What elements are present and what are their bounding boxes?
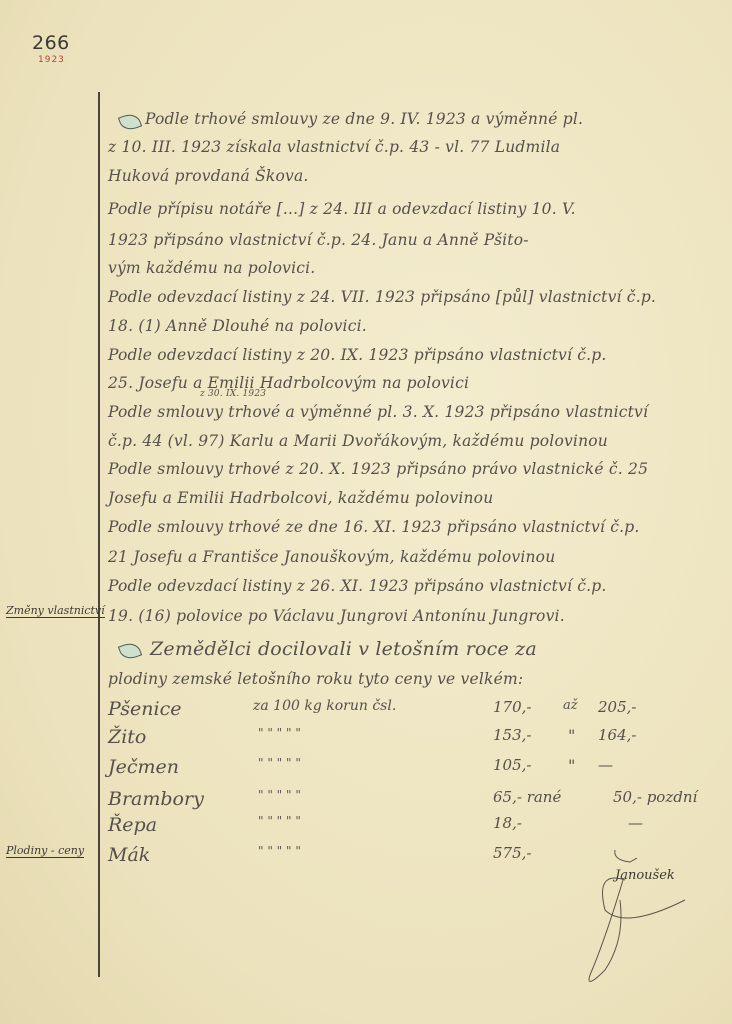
price-from: 105,- (493, 756, 531, 774)
price-from: 153,- (493, 726, 531, 744)
text-line: Podle smlouvy trhové ze dne 16. XI. 1923… (108, 518, 639, 536)
text-line: 19. (16) polovice po Václavu Jungrovi An… (108, 607, 565, 625)
range-separator: " (568, 756, 575, 775)
text-line: 21 Josefu a Františce Janouškovým, každé… (108, 548, 555, 566)
crop-name: Ječmen (108, 756, 179, 778)
text-line: z 10. III. 1923 získala vlastnictví č.p.… (108, 138, 560, 156)
ditto-marks: " " " " " (258, 844, 301, 858)
margin-note-ownership-changes: Změny vlastnictví (6, 604, 105, 618)
text-line: Josefu a Emilii Hadrbolcovi, každému pol… (108, 489, 493, 507)
signature-name: Janoušek (615, 868, 675, 883)
page-number: 266 (32, 32, 70, 54)
text-line: Huková provdaná Škova. (108, 167, 309, 185)
price-to: — (628, 814, 643, 832)
insertion-note: z 30. IX. 1923 (200, 389, 266, 399)
price-to: — (598, 756, 613, 774)
leaf-mark-icon (118, 111, 142, 133)
price-from: 575,- (493, 844, 531, 862)
ditto-marks: " " " " " (258, 756, 301, 770)
text-line: 18. (1) Anně Dlouhé na polovici. (108, 317, 367, 335)
price-to: 164,- (598, 726, 636, 744)
text-line: 1923 připsáno vlastnictví č.p. 24. Janu … (108, 231, 529, 249)
table-row: Ječmen " " " " " 105,- " — (108, 756, 708, 780)
text-line: vým každému na polovici. (108, 259, 315, 277)
price-to: 205,- (598, 698, 636, 716)
text-line: Podle přípisu notáře [...] z 24. III a o… (108, 200, 576, 218)
text-line: č.p. 44 (vl. 97) Karlu a Marii Dvořákový… (108, 432, 608, 450)
text-line: 25. Josefu a Emilii Hadrbolcovým na polo… (108, 374, 469, 392)
crop-name: Brambory (108, 788, 204, 810)
text-line: Podle smlouvy trhové z 20. X. 1923 přips… (108, 460, 648, 478)
ditto-marks: " " " " " (258, 726, 301, 740)
crop-name: Pšenice (108, 698, 181, 720)
ditto-marks: " " " " " (258, 814, 301, 828)
year-stamp: 1923 (38, 55, 65, 65)
crop-name: Žito (108, 726, 146, 748)
text-line: Podle smlouvy trhové a výměnné pl. 3. X.… (108, 403, 648, 421)
margin-rule (98, 92, 100, 977)
table-row: Pšenice za 100 kg korun čsl. 170,- až 20… (108, 698, 708, 722)
crop-name: Mák (108, 844, 150, 866)
ditto-marks: " " " " " (258, 788, 301, 802)
margin-note-crop-prices: Plodiny - ceny (6, 844, 84, 858)
price-from: 170,- (493, 698, 531, 716)
price-from: 65,- rané (493, 788, 561, 806)
text-line: plodiny zemské letošního roku tyto ceny … (108, 670, 523, 688)
leaf-mark-icon (118, 640, 142, 662)
price-from: 18,- (493, 814, 522, 832)
crop-name: Řepa (108, 814, 157, 836)
text-line: Podle odevzdací listiny z 24. VII. 1923 … (108, 288, 656, 306)
price-to: 50,- pozdní (613, 788, 697, 806)
range-separator: až (563, 698, 578, 713)
text-line: Podle odevzdací listiny z 26. XI. 1923 p… (108, 577, 607, 595)
signature-flourish-icon (585, 840, 705, 990)
range-separator: " (568, 726, 575, 745)
table-row: Brambory " " " " " 65,- rané 50,- pozdní (108, 788, 708, 812)
signature: Janoušek (585, 840, 705, 990)
table-row: Žito " " " " " 153,- " 164,- (108, 726, 708, 750)
text-line: Zemědělci docilovali v letošním roce za (150, 638, 537, 660)
text-line: Podle odevzdací listiny z 20. IX. 1923 p… (108, 346, 607, 364)
table-row: Řepa " " " " " 18,- — (108, 814, 708, 838)
text-line: Podle trhové smlouvy ze dne 9. IV. 1923 … (145, 110, 583, 128)
unit-label: za 100 kg korun čsl. (253, 698, 396, 714)
